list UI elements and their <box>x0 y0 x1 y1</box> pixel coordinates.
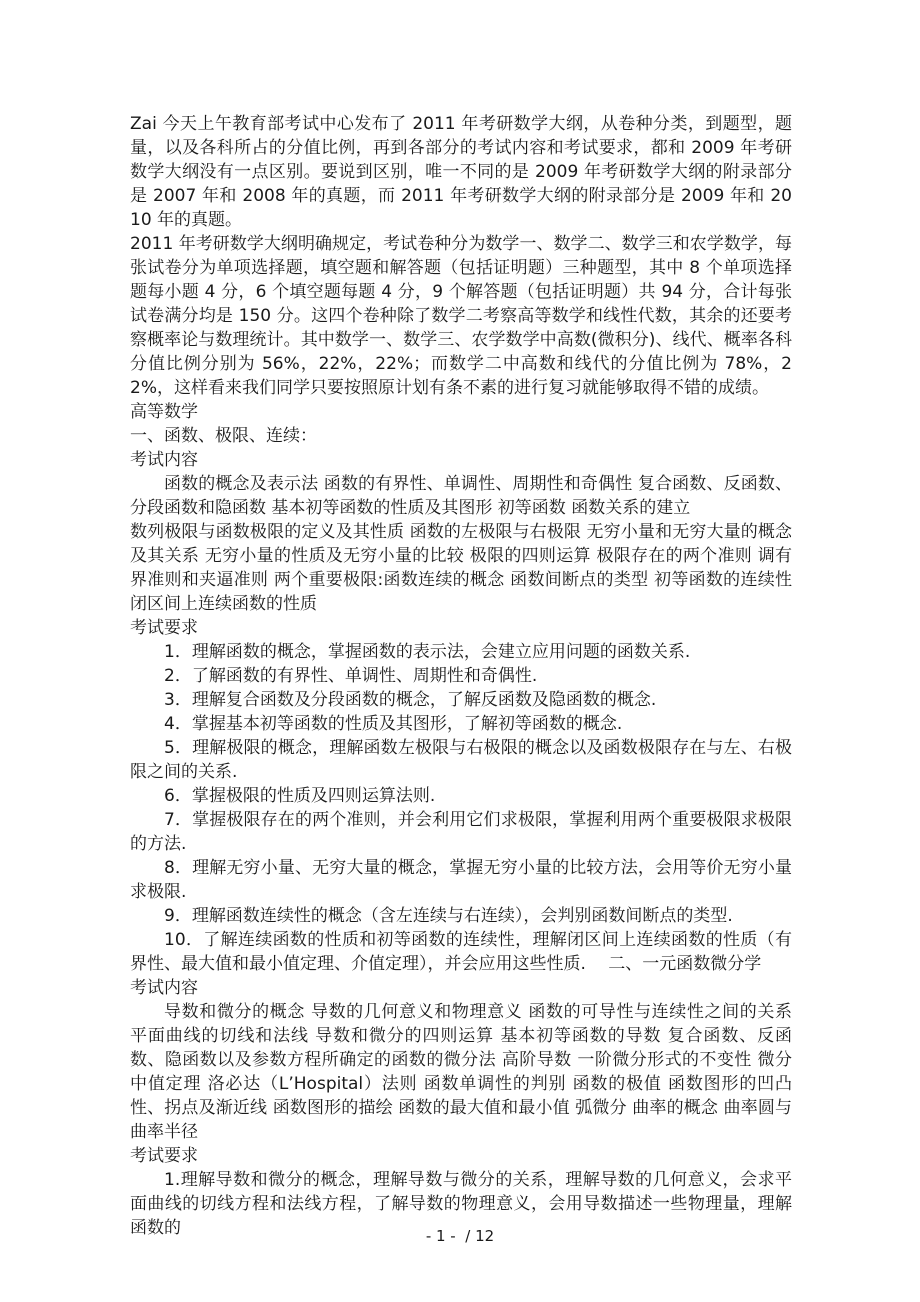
paragraph: 一、函数、极限、连续： <box>130 424 792 448</box>
paragraph: 7．掌握极限存在的两个准则，并会利用它们求极限，掌握利用两个重要极限求极限的方法… <box>130 808 792 856</box>
paragraph: 考试要求 <box>130 616 792 640</box>
paragraph: 4．掌握基本初等函数的性质及其图形，了解初等函数的概念. <box>130 712 792 736</box>
page-number: - 1 - / 12 <box>426 1227 494 1245</box>
page-footer: - 1 - / 12 <box>0 1226 920 1246</box>
document-page: Zai 今天上午教育部考试中心发布了 2011 年考研数学大纲，从卷种分类，到题… <box>0 0 920 1302</box>
paragraph: 函数的概念及表示法 函数的有界性、单调性、周期性和奇偶性 复合函数、反函数、分段… <box>130 472 792 520</box>
paragraph: 3．理解复合函数及分段函数的概念，了解反函数及隐函数的概念. <box>130 688 792 712</box>
paragraph: 考试内容 <box>130 448 792 472</box>
paragraph: 6．掌握极限的性质及四则运算法则. <box>130 784 792 808</box>
paragraph: 2．了解函数的有界性、单调性、周期性和奇偶性. <box>130 664 792 688</box>
document-body: Zai 今天上午教育部考试中心发布了 2011 年考研数学大纲，从卷种分类，到题… <box>130 112 792 1240</box>
paragraph: 9．理解函数连续性的概念（含左连续与右连续），会判别函数间断点的类型. <box>130 904 792 928</box>
paragraph: 导数和微分的概念 导数的几何意义和物理意义 函数的可导性与连续性之间的关系 平面… <box>130 1000 792 1144</box>
paragraph: 考试要求 <box>130 1144 792 1168</box>
paragraph: Zai 今天上午教育部考试中心发布了 2011 年考研数学大纲，从卷种分类，到题… <box>130 112 792 232</box>
paragraph: 5．理解极限的概念，理解函数左极限与右极限的概念以及函数极限存在与左、右极限之间… <box>130 736 792 784</box>
paragraph: 8．理解无穷小量、无穷大量的概念，掌握无穷小量的比较方法，会用等价无穷小量求极限… <box>130 856 792 904</box>
paragraph: 高等数学 <box>130 400 792 424</box>
paragraph: 考试内容 <box>130 976 792 1000</box>
paragraph: 10．了解连续函数的性质和初等函数的连续性，理解闭区间上连续函数的性质（有界性、… <box>130 928 792 976</box>
paragraph: 1．理解函数的概念，掌握函数的表示法，会建立应用问题的函数关系. <box>130 640 792 664</box>
paragraph: 2011 年考研数学大纲明确规定，考试卷种分为数学一、数学二、数学三和农学数学，… <box>130 232 792 400</box>
paragraph: 数列极限与函数极限的定义及其性质 函数的左极限与右极限 无穷小量和无穷大量的概念… <box>130 520 792 616</box>
